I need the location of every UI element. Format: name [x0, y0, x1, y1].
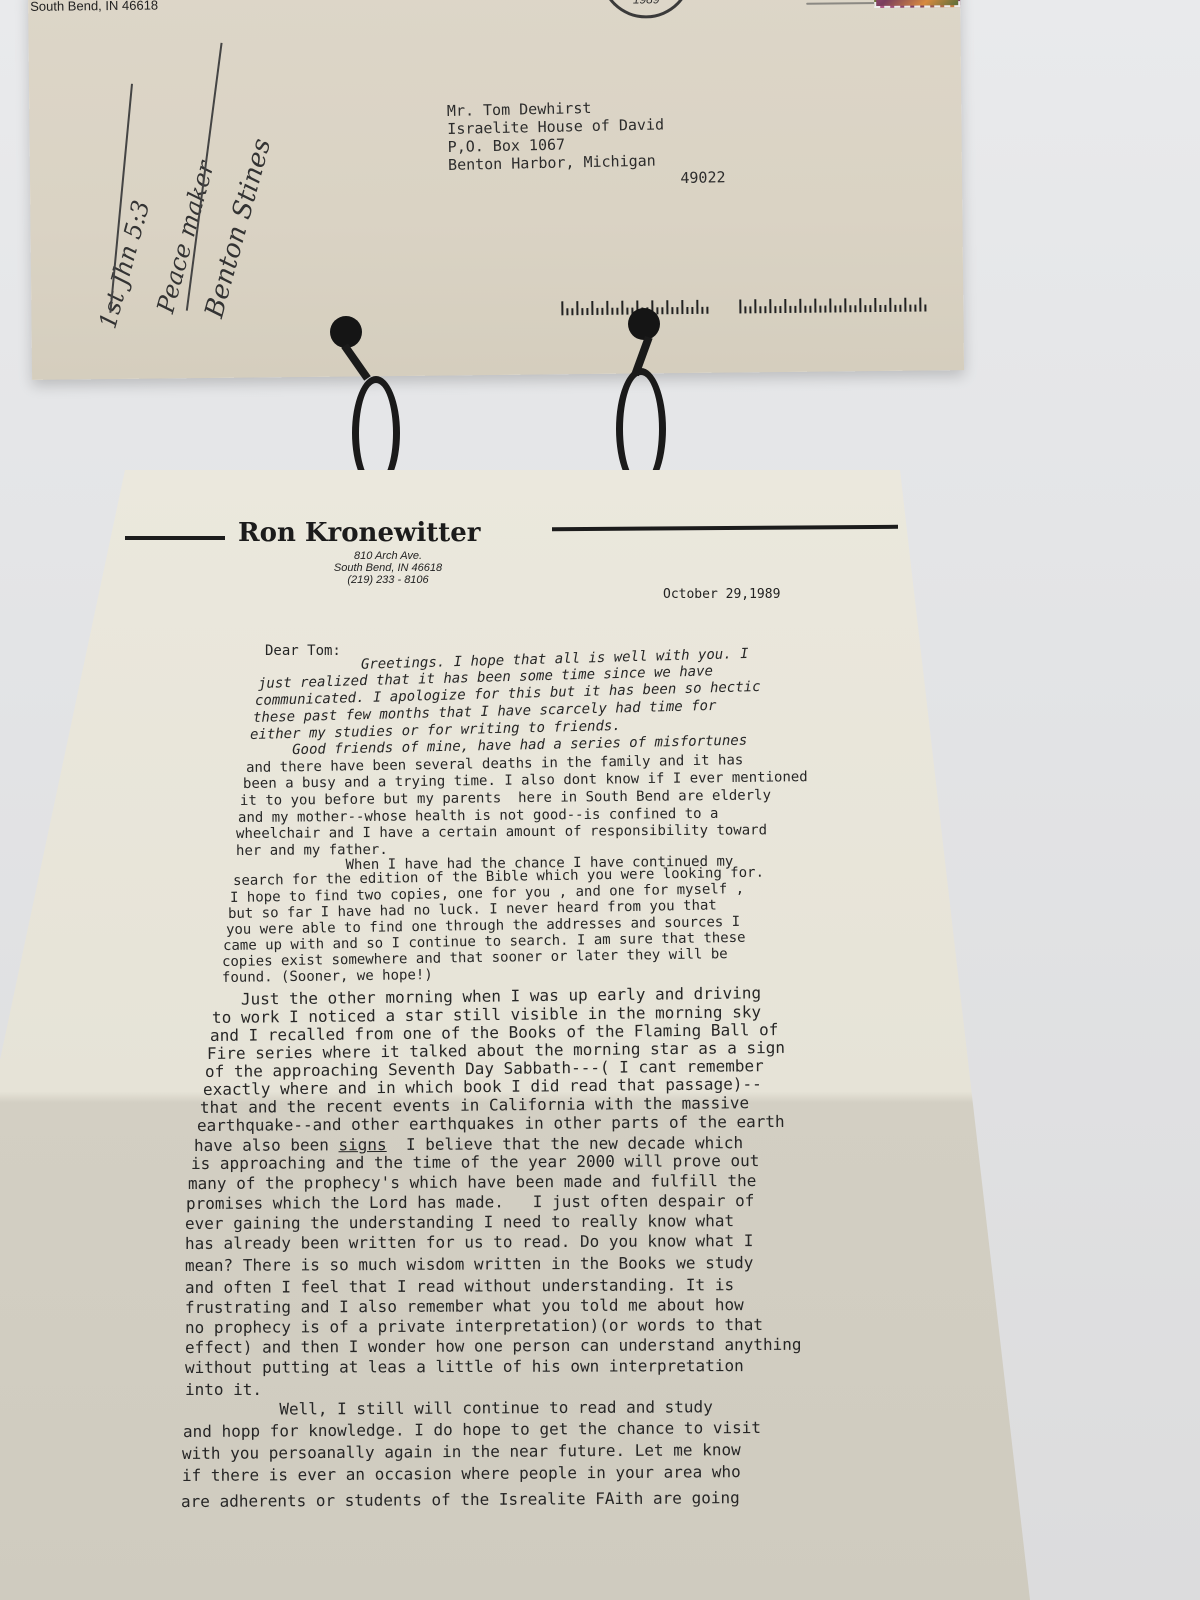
letter-line: mean? There is so much wisdom written in…	[185, 1253, 753, 1275]
underlined-word: signs	[338, 1135, 386, 1154]
letter-line: earthquake--and other earthquakes in oth…	[197, 1112, 785, 1135]
letter-line: into it.	[185, 1380, 262, 1399]
letter-line: many of the prophecy's which have been m…	[188, 1171, 756, 1193]
letter-line: found. (Sooner, we hope!)	[222, 967, 433, 986]
letter-line: wheelchair and I have a certain amount o…	[236, 822, 767, 842]
letter-line: with you persoanally again in the near f…	[182, 1440, 741, 1463]
letter-line: effect) and then I wonder how one person…	[185, 1335, 802, 1357]
letter-line: has already been written for us to read.…	[185, 1231, 753, 1253]
letter-line: promises which the Lord has made. I just…	[186, 1191, 754, 1213]
letter-body: Dear Tom: Greetings. I hope that all is …	[0, 0, 1200, 1600]
letter-line: no prophecy is of a private interpretati…	[185, 1315, 763, 1337]
letter-line: and often I feel that I read without und…	[185, 1275, 734, 1297]
letter-line: ever gaining the understanding I need to…	[185, 1211, 734, 1233]
letter-line: without putting at leas a little of his …	[185, 1356, 744, 1377]
letter-line: frustrating and I also remember what you…	[185, 1295, 744, 1317]
letter-line: are adherents or students of the Isreali…	[181, 1488, 740, 1511]
letter-line: Well, I still will continue to read and …	[183, 1397, 713, 1419]
letter-line: if there is ever an occasion where peopl…	[182, 1462, 741, 1485]
letter-line: and hopp for knowledge. I do hope to get…	[183, 1418, 761, 1441]
letter-line: is approaching and the time of the year …	[191, 1151, 759, 1173]
